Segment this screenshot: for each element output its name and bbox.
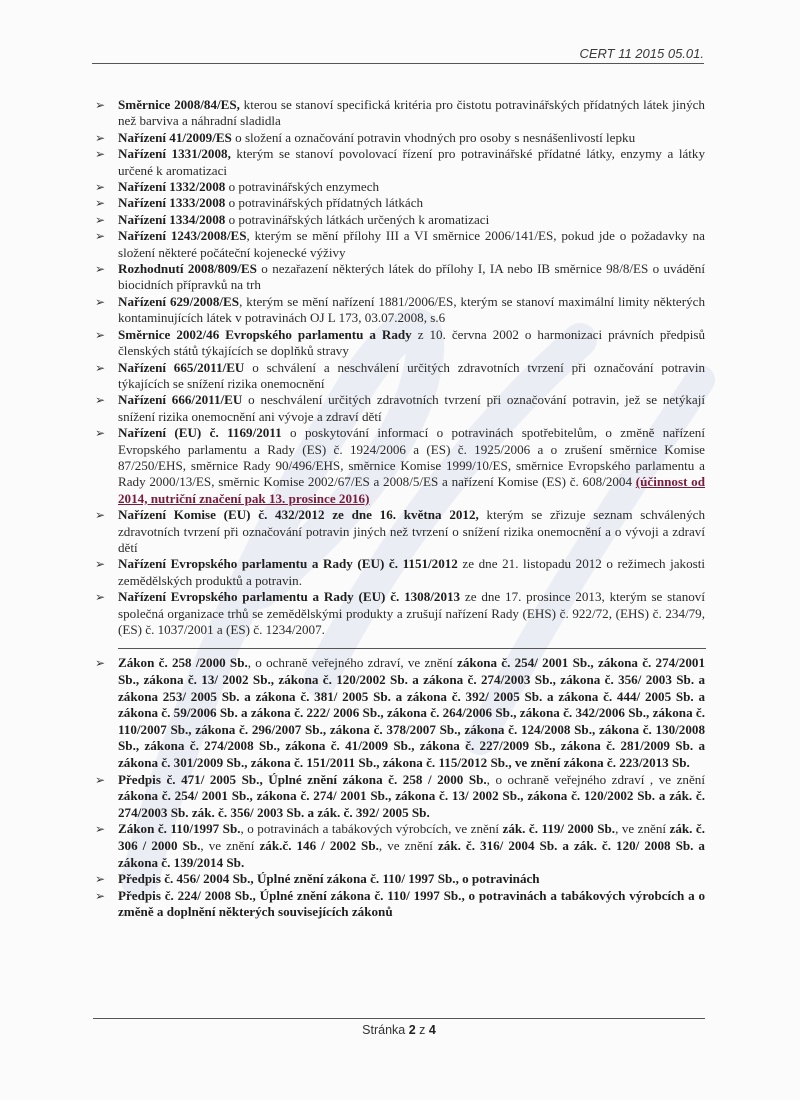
regulation-title: Směrnice 2002/46 Evropského parlamentu a… <box>118 327 412 342</box>
arrow-bullet-icon: ➢ <box>95 261 105 277</box>
section-divider <box>118 648 706 649</box>
arrow-bullet-icon: ➢ <box>95 888 105 905</box>
document-body: ➢Směrnice 2008/84/ES, kterou se stanoví … <box>95 97 705 921</box>
list-item: ➢Nařízení 1243/2008/ES, kterým se mění p… <box>95 228 705 261</box>
regulation-title: Nařízení 1331/2008, <box>118 146 231 161</box>
arrow-bullet-icon: ➢ <box>95 130 105 146</box>
arrow-bullet-icon: ➢ <box>95 507 105 523</box>
law-reference: Předpis č. 456/ 2004 Sb., Úplné znění zá… <box>118 871 540 886</box>
regulation-title: Nařízení 666/2011/EU <box>118 392 242 407</box>
list-item: ➢Rozhodnutí 2008/809/ES o nezařazení něk… <box>95 261 705 294</box>
list-item: ➢Nařízení 629/2008/ES, kterým se mění na… <box>95 294 705 327</box>
arrow-bullet-icon: ➢ <box>95 179 105 195</box>
arrow-bullet-icon: ➢ <box>95 871 105 888</box>
total-pages: 4 <box>429 1023 436 1037</box>
regulation-description: o potravinářských enzymech <box>225 179 379 194</box>
arrow-bullet-icon: ➢ <box>95 97 105 113</box>
page-header: CERT 11 2015 05.01. <box>92 46 704 64</box>
list-item: ➢Nařízení Komise (EU) č. 432/2012 ze dne… <box>95 507 705 556</box>
list-item: ➢Směrnice 2002/46 Evropského parlamentu … <box>95 327 705 360</box>
regulation-title: Nařízení 1243/2008/ES <box>118 228 246 243</box>
arrow-bullet-icon: ➢ <box>95 425 105 441</box>
list-item: ➢Zákon č. 258 /2000 Sb., o ochraně veřej… <box>95 655 705 771</box>
regulation-title: Nařízení (EU) č. 1169/2011 <box>118 425 282 440</box>
list-item: ➢Nařízení 1331/2008, kterým se stanoví p… <box>95 146 705 179</box>
page-separator: z <box>416 1023 429 1037</box>
arrow-bullet-icon: ➢ <box>95 772 105 789</box>
arrow-bullet-icon: ➢ <box>95 212 105 228</box>
list-item: ➢Zákon č. 110/1997 Sb., o potravinách a … <box>95 821 705 871</box>
document-code: CERT 11 2015 05.01. <box>579 46 704 61</box>
regulation-title: Nařízení 1332/2008 <box>118 179 225 194</box>
arrow-bullet-icon: ➢ <box>95 294 105 310</box>
law-reference: zákona č. 254/ 2001 Sb., zákona č. 274/2… <box>118 655 705 770</box>
arrow-bullet-icon: ➢ <box>95 392 105 408</box>
law-reference: Předpis č. 471/ 2005 Sb., Úplné znění zá… <box>118 772 487 787</box>
arrow-bullet-icon: ➢ <box>95 589 105 605</box>
regulation-title: Nařízení 665/2011/EU <box>118 360 244 375</box>
list-item: ➢Směrnice 2008/84/ES, kterou se stanoví … <box>95 97 705 130</box>
law-description: , o ochraně veřejného zdraví , ve znění <box>487 772 705 787</box>
arrow-bullet-icon: ➢ <box>95 195 105 211</box>
list-item: ➢Nařízení Evropského parlamentu a Rady (… <box>95 556 705 589</box>
law-description: , ve znění <box>200 838 259 853</box>
page-footer: Stránka 2 z 4 <box>93 1018 705 1037</box>
list-item: ➢Nařízení 1332/2008 o potravinářských en… <box>95 179 705 195</box>
regulation-title: Nařízení 629/2008/ES <box>118 294 239 309</box>
arrow-bullet-icon: ➢ <box>95 327 105 343</box>
law-reference: Zákon č. 110/1997 Sb. <box>118 821 241 836</box>
law-description: , o potravinách a tabákových výrobcích, … <box>241 821 503 836</box>
regulations-list-national: ➢Zákon č. 258 /2000 Sb., o ochraně veřej… <box>95 655 705 921</box>
list-item: ➢Nařízení Evropského parlamentu a Rady (… <box>95 589 705 638</box>
law-description: , ve znění <box>379 838 438 853</box>
arrow-bullet-icon: ➢ <box>95 228 105 244</box>
law-description: , o ochraně veřejného zdraví, ve znění <box>248 655 457 670</box>
arrow-bullet-icon: ➢ <box>95 556 105 572</box>
list-item: ➢Nařízení 41/2009/ES o složení a označov… <box>95 130 705 146</box>
regulation-description: o potravinářských přídatných látkách <box>225 195 423 210</box>
regulation-title: Nařízení Komise (EU) č. 432/2012 ze dne … <box>118 507 479 522</box>
law-reference: Předpis č. 224/ 2008 Sb., Úplné znění zá… <box>118 888 705 920</box>
arrow-bullet-icon: ➢ <box>95 655 105 672</box>
regulation-title: Směrnice 2008/84/ES, <box>118 97 240 112</box>
list-item: ➢Nařízení 666/2011/EU o neschválení urči… <box>95 392 705 425</box>
law-reference: Zákon č. 258 /2000 Sb. <box>118 655 248 670</box>
regulation-title: Nařízení Evropského parlamentu a Rady (E… <box>118 589 460 604</box>
regulation-title: Nařízení 1333/2008 <box>118 195 225 210</box>
law-description: , ve znění <box>615 821 669 836</box>
list-item: ➢Nařízení (EU) č. 1169/2011 o poskytován… <box>95 425 705 507</box>
arrow-bullet-icon: ➢ <box>95 821 105 838</box>
regulation-title: Rozhodnutí 2008/809/ES <box>118 261 257 276</box>
list-item: ➢Nařízení 1333/2008 o potravinářských př… <box>95 195 705 211</box>
arrow-bullet-icon: ➢ <box>95 360 105 376</box>
law-reference: zák.č. 146 / 2002 Sb. <box>259 838 378 853</box>
list-item: ➢Předpis č. 456/ 2004 Sb., Úplné znění z… <box>95 871 705 888</box>
regulation-title: Nařízení 41/2009/ES <box>118 130 232 145</box>
list-item: ➢Nařízení 1334/2008 o potravinářských lá… <box>95 212 705 228</box>
list-item: ➢Předpis č. 471/ 2005 Sb., Úplné znění z… <box>95 772 705 822</box>
law-reference: zák. č. 119/ 2000 Sb. <box>503 821 616 836</box>
regulation-title: Nařízení 1334/2008 <box>118 212 225 227</box>
list-item: ➢Nařízení 665/2011/EU o schválení a nesc… <box>95 360 705 393</box>
page-label: Stránka <box>362 1023 409 1037</box>
list-item: ➢Předpis č. 224/ 2008 Sb., Úplné znění z… <box>95 888 705 921</box>
regulation-title: Nařízení Evropského parlamentu a Rady (E… <box>118 556 458 571</box>
regulations-list-eu: ➢Směrnice 2008/84/ES, kterou se stanoví … <box>95 97 705 638</box>
arrow-bullet-icon: ➢ <box>95 146 105 162</box>
law-reference: zákona č. 254/ 2001 Sb., zákona č. 274/ … <box>118 788 705 820</box>
current-page-number: 2 <box>409 1023 416 1037</box>
regulation-description: o potravinářských látkách určených k aro… <box>225 212 489 227</box>
regulation-description: o složení a označování potravin vhodných… <box>232 130 635 145</box>
